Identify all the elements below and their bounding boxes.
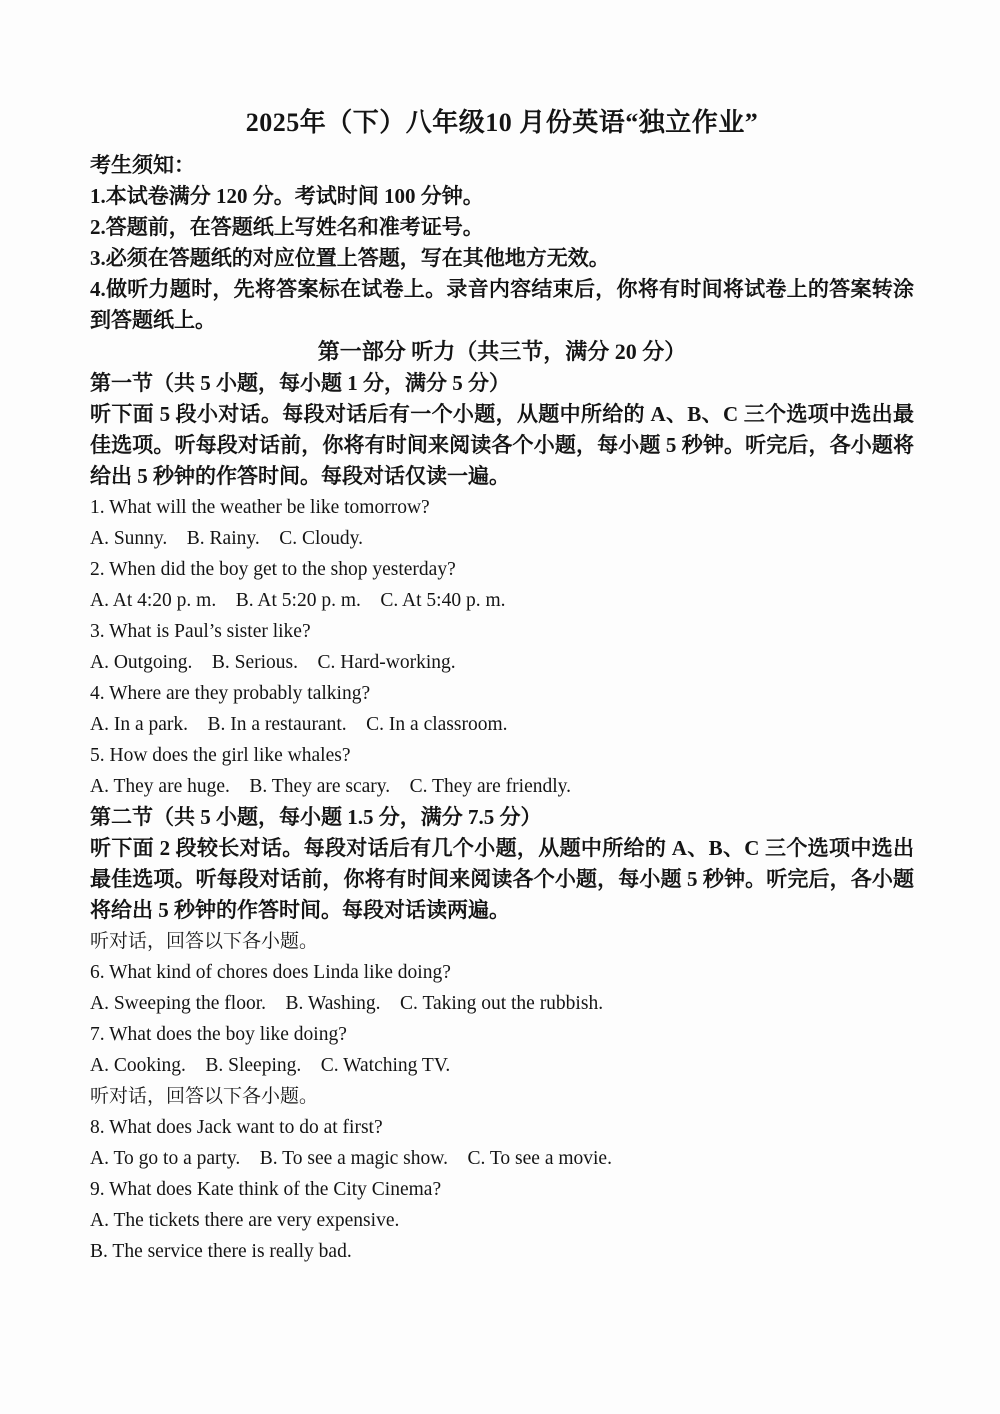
question-options: B. The service there is really bad. xyxy=(90,1236,914,1267)
notice-list: 1.本试卷满分 120 分。考试时间 100 分钟。2.答题前，在答题纸上写姓名… xyxy=(90,181,914,336)
notice-heading: 考生须知： xyxy=(90,150,914,181)
question-text: 8. What does Jack want to do at first? xyxy=(90,1112,914,1143)
question-text: 4. Where are they probably talking? xyxy=(90,678,914,709)
notice-item: 4.做听力题时，先将答案标在试卷上。录音内容结束后，你将有时间将试卷上的答案转涂… xyxy=(90,274,914,336)
part1-heading: 第一部分 听力（共三节，满分 20 分） xyxy=(90,336,914,368)
notice-item: 3.必须在答题纸的对应位置上答题，写在其他地方无效。 xyxy=(90,243,914,274)
dialog-note: 听对话，回答以下各小题。 xyxy=(90,1081,914,1112)
question-text: 1. What will the weather be like tomorro… xyxy=(90,492,914,523)
question-options: A. Sunny. B. Rainy. C. Cloudy. xyxy=(90,523,914,554)
question-options: A. Sweeping the floor. B. Washing. C. Ta… xyxy=(90,988,914,1019)
question-options: A. They are huge. B. They are scary. C. … xyxy=(90,771,914,802)
exam-paper-page: 2025年（下）八年级10 月份英语“独立作业” 考生须知： 1.本试卷满分 1… xyxy=(0,0,1000,1414)
section1-questions: 1. What will the weather be like tomorro… xyxy=(90,492,914,802)
question-text: 9. What does Kate think of the City Cine… xyxy=(90,1174,914,1205)
dialog-note: 听对话，回答以下各小题。 xyxy=(90,926,914,957)
section2-question-groups: 听对话，回答以下各小题。6. What kind of chores does … xyxy=(90,926,914,1267)
question-options: A. The tickets there are very expensive. xyxy=(90,1205,914,1236)
question-text: 3. What is Paul’s sister like? xyxy=(90,616,914,647)
section1-heading: 第一节（共 5 小题，每小题 1 分，满分 5 分） xyxy=(90,368,914,399)
question-options: A. To go to a party. B. To see a magic s… xyxy=(90,1143,914,1174)
question-options: A. At 4:20 p. m. B. At 5:20 p. m. C. At … xyxy=(90,585,914,616)
section1-instructions: 听下面 5 段小对话。每段对话后有一个小题，从题中所给的 A、B、C 三个选项中… xyxy=(90,399,914,492)
section2-heading: 第二节（共 5 小题，每小题 1.5 分，满分 7.5 分） xyxy=(90,802,914,833)
notice-item: 2.答题前，在答题纸上写姓名和准考证号。 xyxy=(90,212,914,243)
question-text: 6. What kind of chores does Linda like d… xyxy=(90,957,914,988)
section2-instructions: 听下面 2 段较长对话。每段对话后有几个小题，从题中所给的 A、B、C 三个选项… xyxy=(90,833,914,926)
question-text: 2. When did the boy get to the shop yest… xyxy=(90,554,914,585)
notice-item: 1.本试卷满分 120 分。考试时间 100 分钟。 xyxy=(90,181,914,212)
question-options: A. Cooking. B. Sleeping. C. Watching TV. xyxy=(90,1050,914,1081)
question-options: A. In a park. B. In a restaurant. C. In … xyxy=(90,709,914,740)
page-title: 2025年（下）八年级10 月份英语“独立作业” xyxy=(90,106,914,140)
question-options: A. Outgoing. B. Serious. C. Hard-working… xyxy=(90,647,914,678)
question-text: 5. How does the girl like whales? xyxy=(90,740,914,771)
question-text: 7. What does the boy like doing? xyxy=(90,1019,914,1050)
